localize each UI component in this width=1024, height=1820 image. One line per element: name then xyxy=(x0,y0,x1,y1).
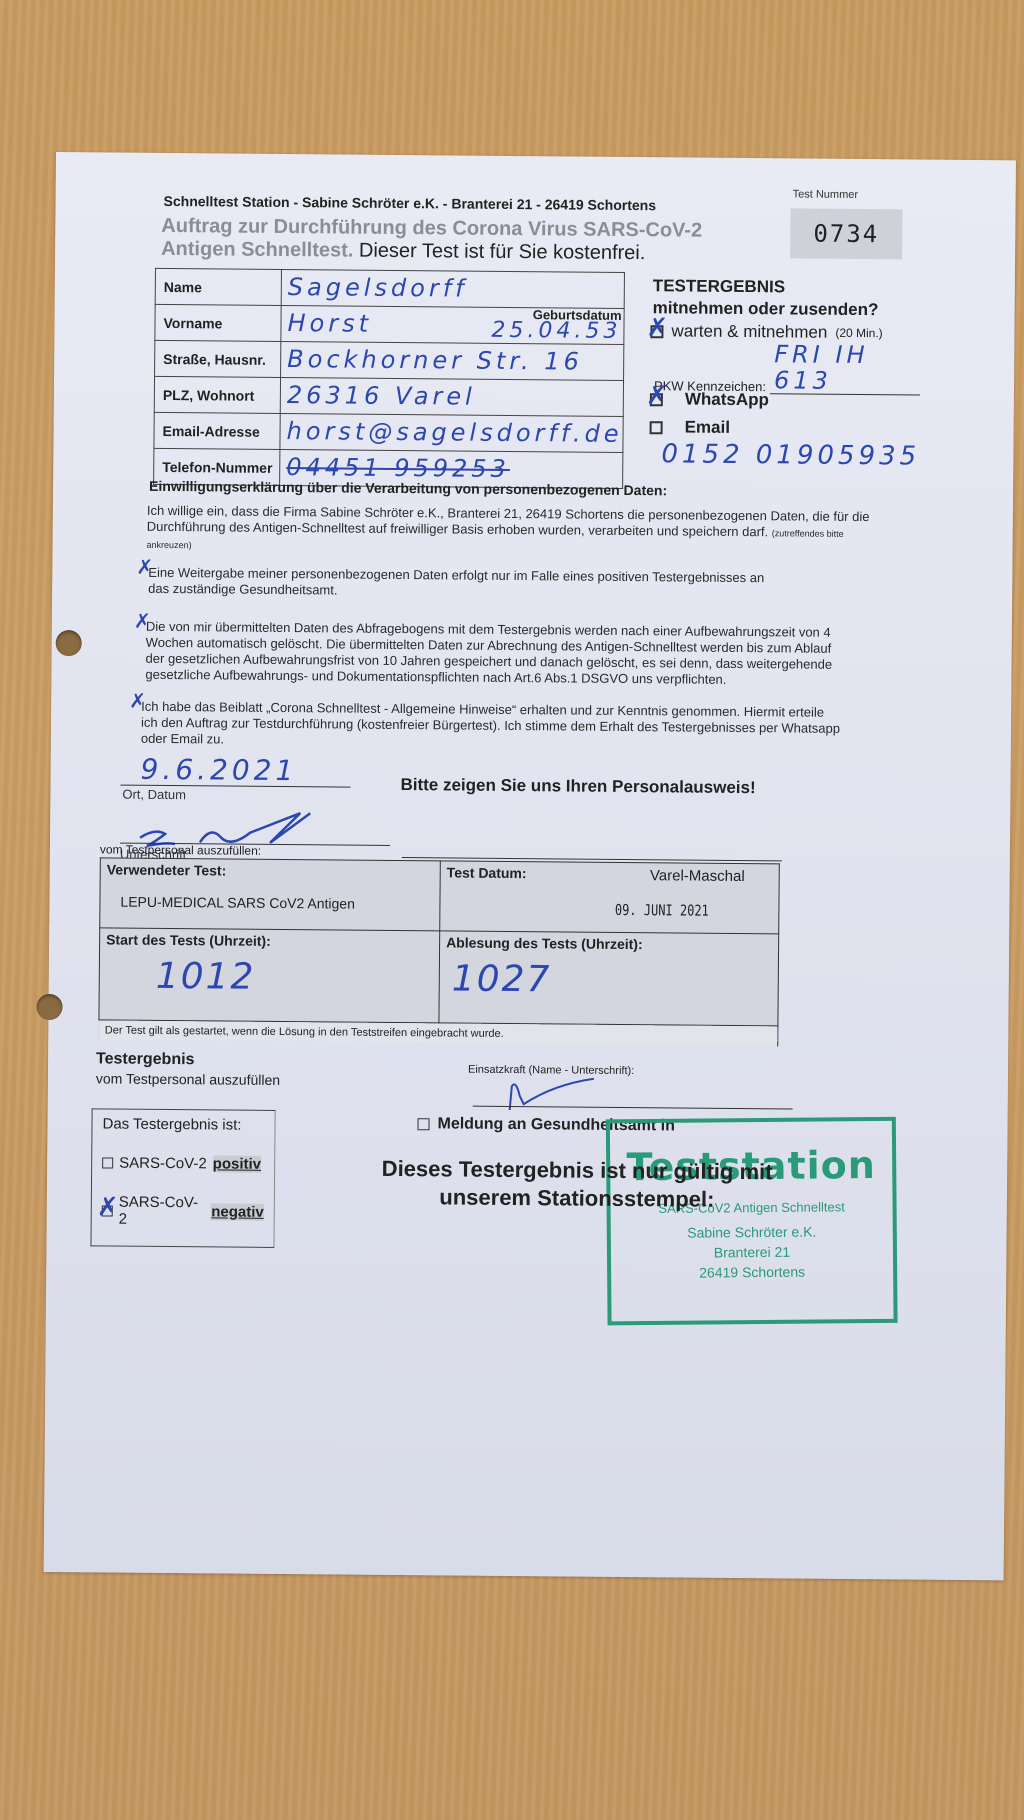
test-number: 0734 xyxy=(790,208,902,259)
test-date-cell: Test Datum: Varel-Maschal 09. JUNI 2021 xyxy=(440,861,780,934)
test-location: Varel-Maschal xyxy=(650,867,745,885)
station-header: Schnelltest Station - Sabine Schröter e.… xyxy=(164,193,657,213)
field-value[interactable]: horst@sagelsdorff.de xyxy=(280,413,623,452)
handwritten-value: horst@sagelsdorff.de xyxy=(286,417,622,448)
validity-line-2: unserem Stationsstempel: xyxy=(337,1182,817,1214)
result-positive[interactable]: SARS-CoV-2 positiv xyxy=(102,1154,264,1172)
field-value[interactable]: HorstGeburtsdatum25.04.53 xyxy=(281,305,624,344)
result-subheading: vom Testpersonal auszufüllen xyxy=(96,1070,280,1088)
field-value[interactable]: Bockhorner Str. 16 xyxy=(281,341,624,380)
station-stamp: Teststation SARS-CoV2 Antigen Schnelltes… xyxy=(606,1117,898,1326)
option-whatsapp-label: WhatsApp xyxy=(685,389,769,410)
read-time-value: 1027 xyxy=(452,958,772,1002)
positive-prefix: SARS-CoV-2 xyxy=(119,1155,207,1173)
handwritten-value: 26316 Varel xyxy=(287,381,476,411)
license-plate-field[interactable]: PKW Kennzeichen: FRI IH 613 xyxy=(654,340,920,395)
personal-row: Email-Adressehorst@sagelsdorff.de xyxy=(154,412,623,452)
consent-intro: Ich willige ein, dass die Firma Sabine S… xyxy=(147,503,877,559)
form-title-free: Dieser Test ist für Sie kostenfrei. xyxy=(353,240,645,265)
checkbox-negative[interactable] xyxy=(102,1205,113,1216)
field-label: Name xyxy=(155,268,281,305)
option-wait-label: warten & mitnehmen xyxy=(671,321,827,342)
field-label: Email-Adresse xyxy=(154,412,280,449)
checkbox-whatsapp[interactable] xyxy=(650,393,663,406)
checkbox-wait[interactable] xyxy=(650,325,663,338)
consent-item-3[interactable]: ✗ Ich habe das Beiblatt „Corona Schnellt… xyxy=(141,699,841,753)
consent-item-2[interactable]: ✗ Die von mir übermittelten Daten des Ab… xyxy=(145,619,846,689)
test-date-stamp: 09. JUNI 2021 xyxy=(614,901,708,920)
read-time-label: Ablesung des Tests (Uhrzeit): xyxy=(446,934,643,952)
staff-signature xyxy=(478,1074,628,1115)
check-mark-icon: ✗ xyxy=(134,613,151,629)
personal-row: NameSagelsdorff xyxy=(155,268,624,308)
start-time-cell: Start des Tests (Uhrzeit): 1012 xyxy=(99,928,440,1023)
birthdate-value: 25.04.53 xyxy=(491,318,621,344)
date-value: 9.6.2021 xyxy=(140,753,297,787)
checkbox-email[interactable] xyxy=(650,421,663,434)
option-wait-note: (20 Min.) xyxy=(835,326,882,340)
stamp-line-2: Sabine Schröter e.K. xyxy=(611,1221,893,1243)
personal-row: VornameHorstGeburtsdatum25.04.53 xyxy=(155,304,624,344)
read-time-cell: Ablesung des Tests (Uhrzeit): 1027 xyxy=(439,931,779,1026)
start-time-value: 1012 xyxy=(156,956,433,999)
consent-heading: Einwilligungserklärung über die Verarbei… xyxy=(149,478,667,499)
consent-intro-text: Ich willige ein, dass die Firma Sabine S… xyxy=(147,503,870,539)
stamp-line-4: 26419 Schortens xyxy=(611,1261,893,1283)
handwritten-value: Sagelsdorff xyxy=(288,273,468,303)
used-test-label: Verwendeter Test: xyxy=(107,861,227,878)
field-label: Straße, Hausnr. xyxy=(155,340,281,377)
consent-item-2-text: Die von mir übermittelten Daten des Abfr… xyxy=(145,619,832,687)
field-value[interactable]: Sagelsdorff xyxy=(281,269,624,308)
test-form-paper: Schnelltest Station - Sabine Schröter e.… xyxy=(44,152,1016,1580)
result-box-title: Das Testergebnis ist: xyxy=(102,1115,264,1133)
used-test-value: LEPU-MEDICAL SARS CoV2 Antigen xyxy=(120,894,433,913)
result-delivery-title-1: TESTERGEBNIS xyxy=(653,275,879,299)
checkbox-positive[interactable] xyxy=(102,1157,113,1168)
field-label: PLZ, Wohnort xyxy=(154,376,280,413)
test-date-label: Test Datum: xyxy=(447,864,527,881)
punch-hole xyxy=(36,994,62,1020)
option-email[interactable]: Email xyxy=(650,417,731,438)
handwritten-value: Bockhorner Str. 16 xyxy=(287,345,583,376)
staff-table: Verwendeter Test: LEPU-MEDICAL SARS CoV2… xyxy=(98,857,780,1046)
consent-item-1[interactable]: ✗ Eine Weitergabe meiner personenbezogen… xyxy=(148,565,788,603)
consent-item-3-text: Ich habe das Beiblatt „Corona Schnelltes… xyxy=(141,699,840,747)
positive-word: positiv xyxy=(213,1155,261,1172)
check-mark-icon: ✗ xyxy=(136,559,153,575)
checkbox-report[interactable] xyxy=(417,1118,429,1130)
used-test-cell: Verwendeter Test: LEPU-MEDICAL SARS CoV2… xyxy=(100,858,441,931)
option-whatsapp[interactable]: WhatsApp xyxy=(650,389,769,410)
result-box: Das Testergebnis ist: SARS-CoV-2 positiv… xyxy=(90,1108,275,1248)
staff-caption-text: vom Testpersonal auszufüllen: xyxy=(100,842,261,857)
result-delivery-title: TESTERGEBNIS mitnehmen oder zusenden? xyxy=(653,275,879,321)
field-value[interactable]: 26316 Varel xyxy=(280,377,623,416)
mobile-number: 0152 01905935 xyxy=(661,439,920,471)
handwritten-value: Horst xyxy=(287,309,372,338)
result-negative[interactable]: SARS-CoV-2 negativ xyxy=(102,1193,264,1228)
result-heading: Testergebnis xyxy=(96,1050,195,1069)
field-label: Vorname xyxy=(155,304,281,341)
validity-line-1: Dieses Testergebnis ist nur gültig mit xyxy=(337,1154,817,1186)
negative-word: negativ xyxy=(211,1203,264,1220)
license-plate-value: FRI IH 613 xyxy=(770,341,920,395)
validity-notice: Dieses Testergebnis ist nur gültig mit u… xyxy=(337,1154,817,1214)
option-email-label: Email xyxy=(685,417,731,437)
consent-item-1-text: Eine Weitergabe meiner personenbezogenen… xyxy=(148,565,764,598)
check-mark-icon: ✗ xyxy=(129,693,146,709)
form-title: Auftrag zur Durchführung des Corona Viru… xyxy=(161,215,761,266)
personal-row: Straße, Hausnr.Bockhorner Str. 16 xyxy=(155,340,624,380)
personal-data-table: NameSagelsdorffVornameHorstGeburtsdatum2… xyxy=(153,268,625,489)
test-number-label: Test Nummer xyxy=(793,188,859,201)
result-delivery-title-2: mitnehmen oder zusenden? xyxy=(653,297,879,321)
id-notice: Bitte zeigen Sie uns Ihren Personalauswe… xyxy=(400,775,755,798)
negative-prefix: SARS-CoV-2 xyxy=(119,1194,206,1229)
punch-hole xyxy=(56,630,82,656)
start-time-label: Start des Tests (Uhrzeit): xyxy=(106,931,271,948)
stamp-line-3: Branterei 21 xyxy=(611,1241,893,1263)
date-caption: Ort, Datum xyxy=(122,787,186,803)
personal-row: PLZ, Wohnort26316 Varel xyxy=(154,376,623,416)
